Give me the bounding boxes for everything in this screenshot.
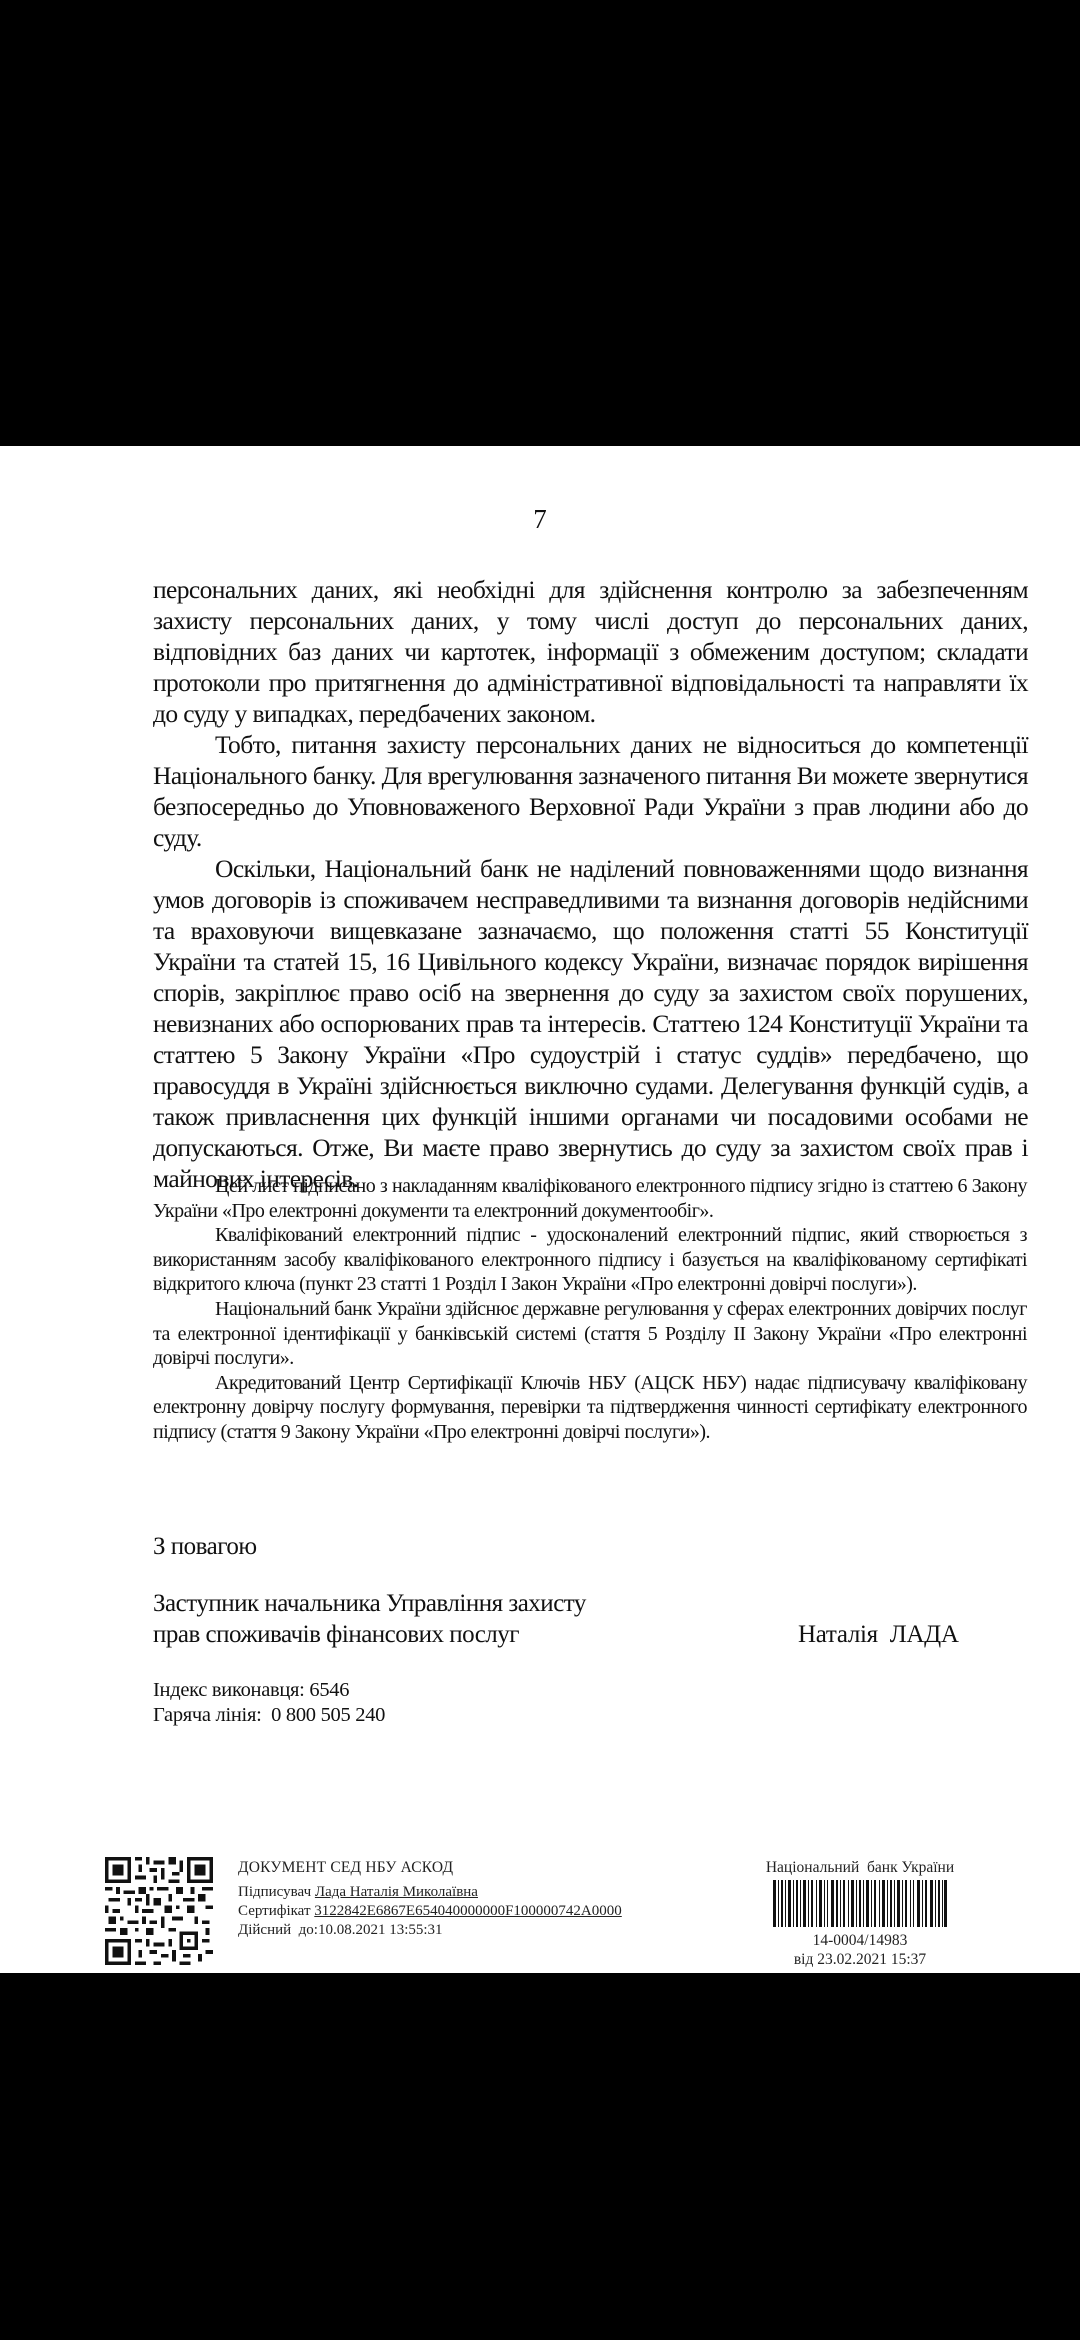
notice-paragraph-1: Цей лист підписано з накладанням кваліфі… bbox=[153, 1174, 1027, 1223]
hotline: Гаряча лінія: 0 800 505 240 bbox=[153, 1703, 385, 1728]
stamp-signer-value: Лада Наталія Миколаївна bbox=[315, 1884, 478, 1900]
signer-name: Наталія ЛАДА bbox=[798, 1619, 959, 1650]
qr-code-icon bbox=[105, 1857, 213, 1965]
stamp-certificate-value: 3122842E6867E654040000000F100000742A0000 bbox=[314, 1903, 622, 1919]
body-text: персональних даних, які необхідні для зд… bbox=[153, 574, 1028, 1194]
closing-salutation: З повагою bbox=[153, 1532, 257, 1562]
notice-paragraph-4: Акредитований Центр Сертифікації Ключів … bbox=[153, 1371, 1027, 1445]
notice-paragraph-2: Кваліфікований електронний підпис - удос… bbox=[153, 1223, 1027, 1297]
signer-title-line-1: Заступник начальника Управління захисту bbox=[153, 1588, 586, 1619]
signature-notice: Цей лист підписано з накладанням кваліфі… bbox=[153, 1174, 1027, 1445]
stamp-valid-value: 10.08.2021 13:55:31 bbox=[318, 1922, 443, 1938]
body-paragraph-2: Тобто, питання захисту персональних дани… bbox=[153, 729, 1028, 853]
stamp-title: ДОКУМЕНТ СЕД НБУ АСКОД bbox=[238, 1858, 622, 1877]
stamp-valid-label: Дійсний до: bbox=[238, 1922, 318, 1938]
stamp-signer: Підписувач Лада Наталія Миколаївна bbox=[238, 1883, 622, 1902]
page-number: 7 bbox=[0, 504, 1080, 534]
notice-paragraph-3: Національний банк України здійснює держа… bbox=[153, 1297, 1027, 1371]
contact-meta: Індекс виконавця: 6546 Гаряча лінія: 0 8… bbox=[153, 1678, 385, 1728]
signer-title: Заступник начальника Управління захисту … bbox=[153, 1588, 586, 1650]
registration-block: Національний банк України 14-0004/14983 … bbox=[748, 1858, 972, 1969]
registration-date: від 23.02.2021 15:37 bbox=[748, 1950, 972, 1969]
body-paragraph-3: Оскільки, Національний банк не наділений… bbox=[153, 853, 1028, 1194]
registration-number: 14-0004/14983 bbox=[748, 1931, 972, 1950]
executor-index: Індекс виконавця: 6546 bbox=[153, 1678, 385, 1703]
e-signature-stamp: ДОКУМЕНТ СЕД НБУ АСКОД Підписувач Лада Н… bbox=[238, 1858, 622, 1940]
stamp-signer-label: Підписувач bbox=[238, 1884, 311, 1900]
signer-title-line-2: прав споживачів фінансових послуг bbox=[153, 1619, 586, 1650]
body-paragraph-1: персональних даних, які необхідні для зд… bbox=[153, 574, 1028, 729]
registration-organization: Національний банк України bbox=[748, 1858, 972, 1877]
stamp-valid: Дійсний до:10.08.2021 13:55:31 bbox=[238, 1921, 622, 1940]
document-page: 7 персональних даних, які необхідні для … bbox=[0, 446, 1080, 1973]
stamp-certificate: Сертифікат 3122842E6867E654040000000F100… bbox=[238, 1902, 622, 1921]
stamp-certificate-label: Сертифікат bbox=[238, 1903, 311, 1919]
barcode-icon bbox=[773, 1880, 947, 1927]
